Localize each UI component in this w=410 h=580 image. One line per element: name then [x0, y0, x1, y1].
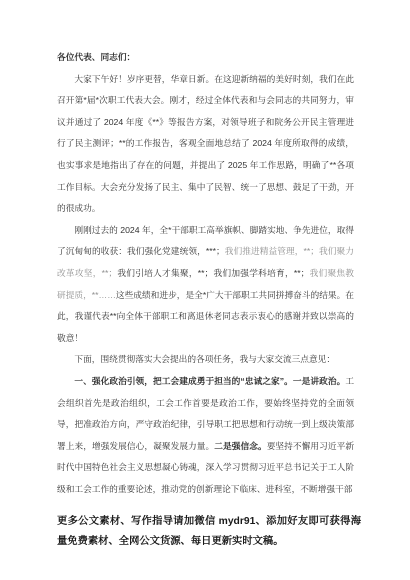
section-one-heading: 一、强化政治引领，把工会建成勇于担当的“忠诚之家”。一是讲政治。 [74, 376, 345, 386]
document-body: 各位代表、同志们： 大家下午好！岁序更替，华章日新。在这迎新纳福的美好时刻，我们… [57, 47, 354, 501]
transition-paragraph: 下面，围绕贯彻落实大会提出的各项任务，我与大家交流三点意见： [57, 349, 354, 371]
achievements-segment-3: 我们引培人才集聚，**；我们加强学科培育，**； [117, 268, 309, 278]
salutation: 各位代表、同志们： [57, 47, 354, 69]
section-one-paragraph: 一、强化政治引领，把工会建成勇于担当的“忠诚之家”。一是讲政治。工会组织首先是政… [57, 371, 354, 501]
section-one-subheading-2: 二是强信念。 [214, 441, 266, 451]
document-page: 各位代表、同志们： 大家下午好！岁序更替，华章日新。在这迎新纳福的美好时刻，我们… [0, 0, 410, 580]
achievements-paragraph: 刚刚过去的 2024 年，全*干部职工高举旗帜、脚踏实地、争先进位，取得了沉甸甸… [57, 220, 354, 350]
opening-paragraph: 大家下午好！岁序更替，华章日新。在这迎新纳福的美好时刻，我们在此召开第*届*次职… [57, 69, 354, 220]
footer-ad-text: 更多公文素材、写作指导请加微信 mydr91、添加好友即可获得海量免费素材、全网… [57, 512, 361, 551]
section-one-body-1: 工会组织首先是政治组织，工会工作首要是政治工作，要始终坚持党的全面领导，把准政治… [57, 376, 354, 451]
